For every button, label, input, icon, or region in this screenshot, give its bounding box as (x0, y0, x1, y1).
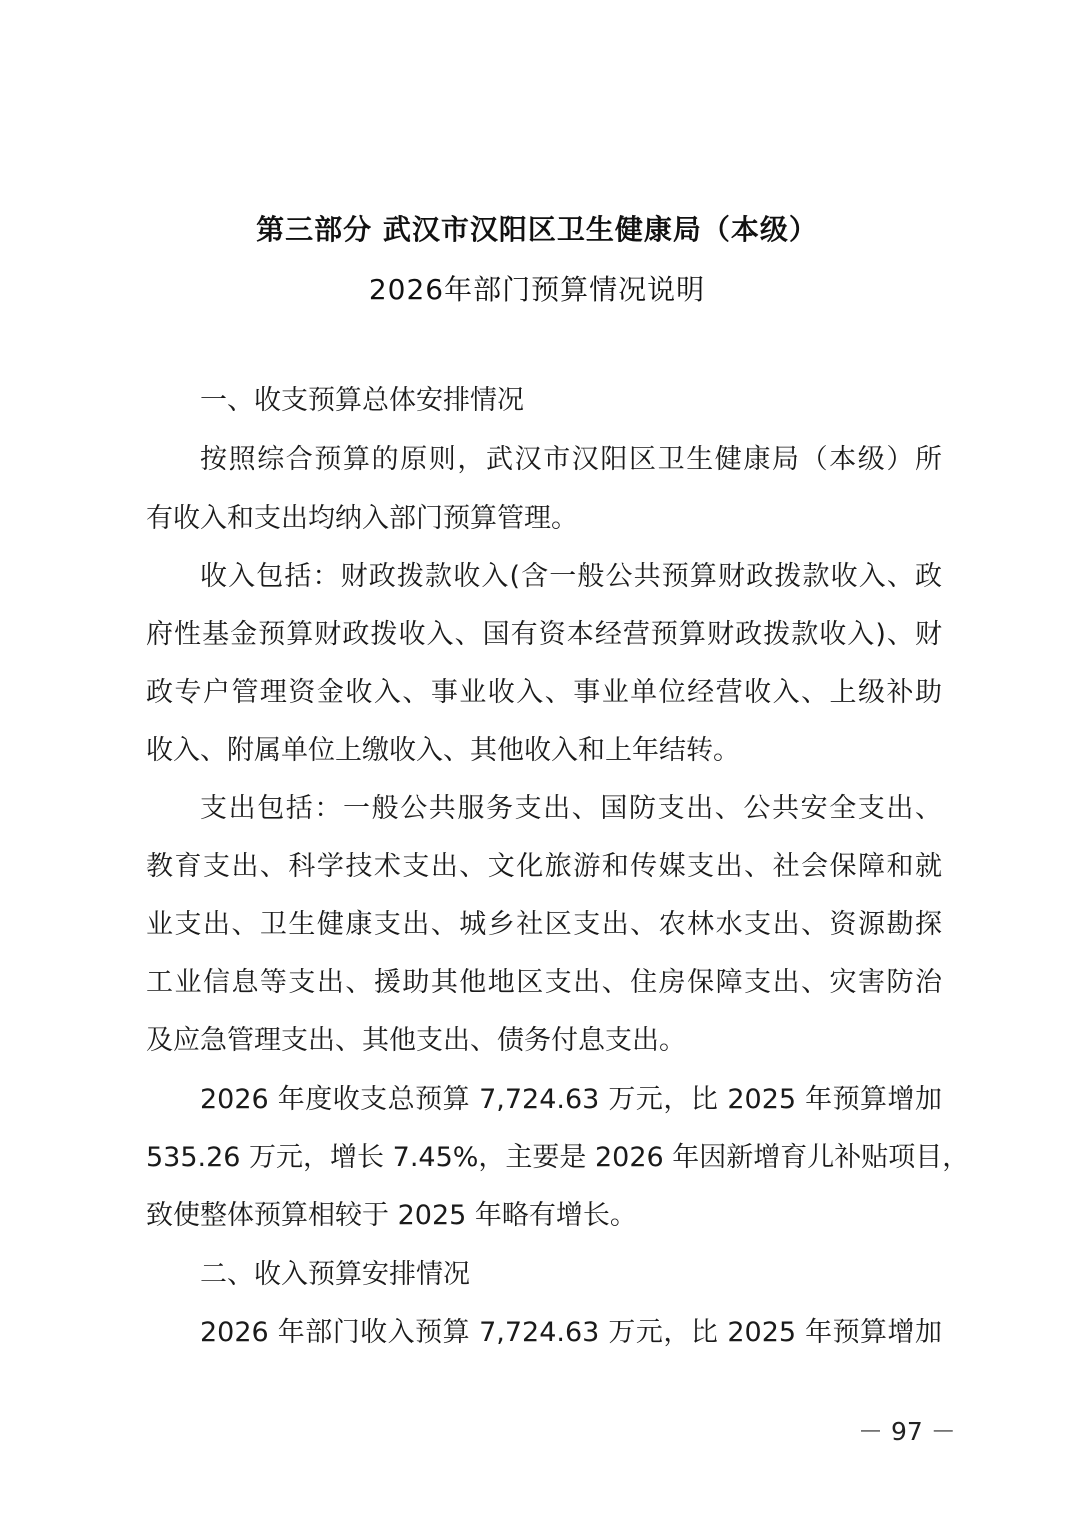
paragraph-line: 致使整体预算相较于 2025 年略有增长。 (146, 1199, 942, 1233)
document-title-line-1: 第三部分 武汉市汉阳区卫生健康局（本级） (0, 208, 1074, 248)
document-title-line-2: 2026年部门预算情况说明 (0, 268, 1074, 308)
section-heading-2: 二、收入预算安排情况 (200, 1258, 942, 1292)
paragraph-line: 政专户管理资金收入、事业收入、事业单位经营收入、上级补助 (146, 676, 942, 710)
paragraph-line: 收入、附属单位上缴收入、其他收入和上年结转。 (146, 734, 942, 768)
paragraph-line: 535.26 万元，增长 7.45%，主要是 2026 年因新增育儿补贴项目， (146, 1141, 942, 1175)
paragraph-line: 教育支出、科学技术支出、文化旅游和传媒支出、社会保障和就 (146, 850, 942, 884)
paragraph-line: 收入包括：财政拨款收入(含一般公共预算财政拨款收入、政 (200, 560, 942, 594)
paragraph-line: 工业信息等支出、援助其他地区支出、住房保障支出、灾害防治 (146, 966, 942, 1000)
paragraph-line: 2026 年部门收入预算 7,724.63 万元，比 2025 年预算增加 (200, 1316, 942, 1350)
paragraph-line: 有收入和支出均纳入部门预算管理。 (146, 502, 942, 536)
paragraph-line: 按照综合预算的原则，武汉市汉阳区卫生健康局（本级）所 (200, 443, 942, 477)
paragraph-line: 2026 年度收支总预算 7,724.63 万元，比 2025 年预算增加 (200, 1083, 942, 1117)
paragraph-line: 支出包括：一般公共服务支出、国防支出、公共安全支出、 (200, 792, 942, 826)
paragraph-line: 及应急管理支出、其他支出、债务付息支出。 (146, 1024, 942, 1058)
section-heading-1: 一、收支预算总体安排情况 (200, 384, 942, 418)
paragraph-line: 业支出、卫生健康支出、城乡社区支出、农林水支出、资源勘探 (146, 908, 942, 942)
document-page: 第三部分 武汉市汉阳区卫生健康局（本级） 2026年部门预算情况说明 一、收支预… (0, 0, 1074, 1520)
paragraph-line: 府性基金预算财政拨收入、国有资本经营预算财政拨款收入)、财 (146, 618, 942, 652)
page-number: － 97 － (858, 1412, 956, 1448)
